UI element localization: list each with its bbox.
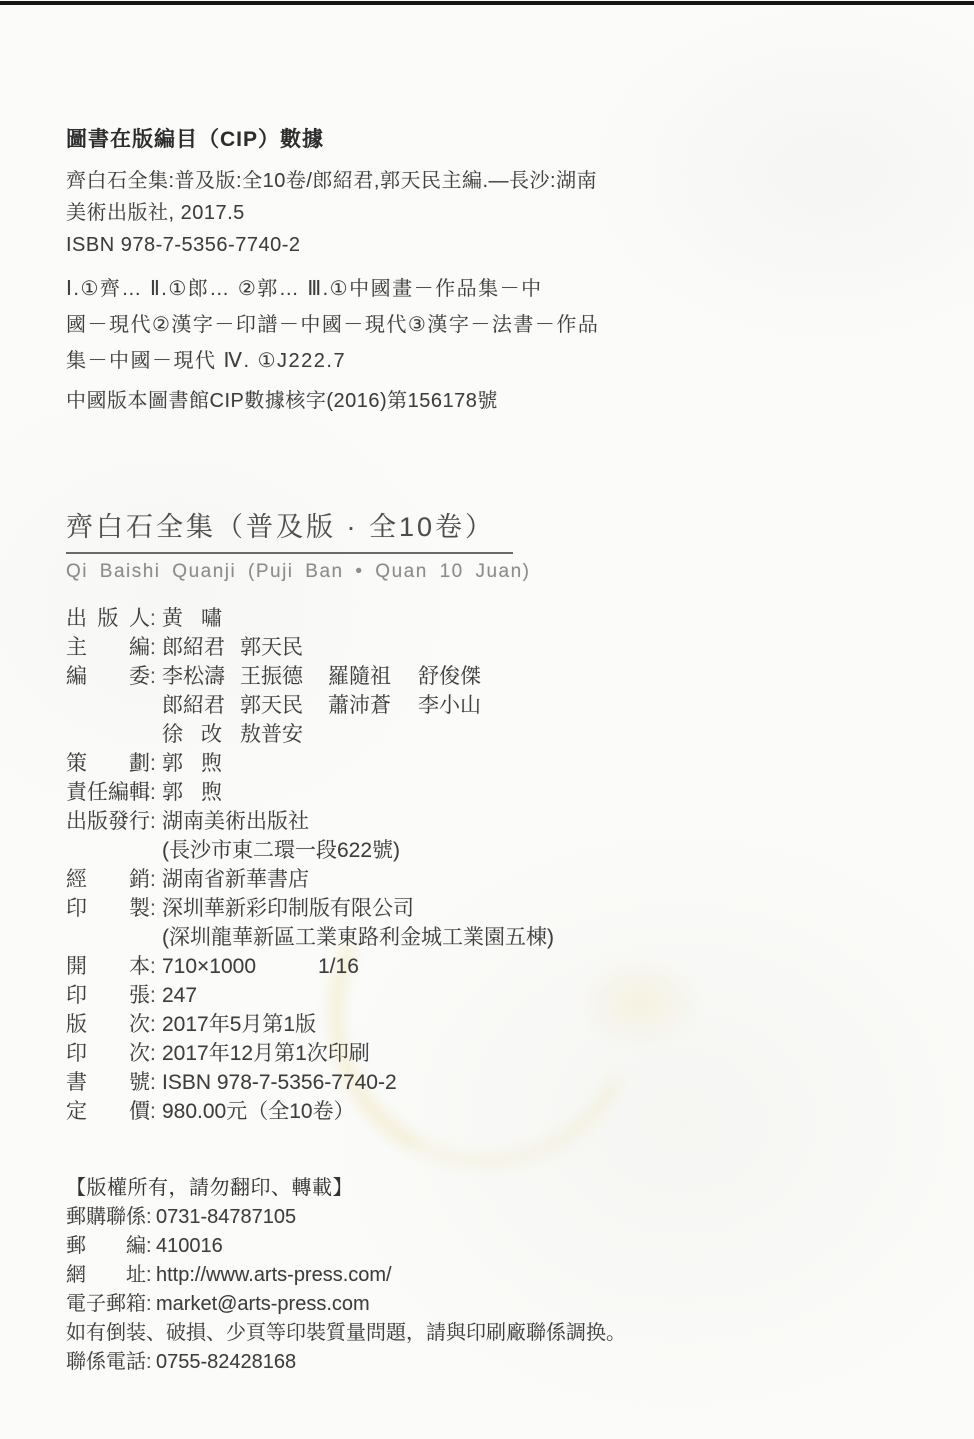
row-book-number: 書號:ISBN 978-7-5356-7740-2	[66, 1068, 766, 1097]
copyright-notice: 【版權所有，請勿翻印、轉載】	[66, 1174, 786, 1203]
detail-label: 開本	[66, 952, 150, 981]
cip-isbn-line: ISBN 978-7-5356-7740-2	[66, 229, 566, 261]
row-website: 網址:http://www.arts-press.com/	[66, 1261, 786, 1290]
colon: :	[150, 865, 162, 894]
board-member: 王振德	[240, 662, 328, 691]
row-editorial-board-2: 郎紹君郭天民蕭沛蒼李小山	[66, 691, 766, 720]
row-distributor: 經銷:湖南省新華書店	[66, 865, 766, 894]
board-member: 舒俊傑	[418, 665, 481, 688]
detail-value: 2017年5月第1版	[162, 1013, 316, 1036]
detail-value: (長沙市東二環一段622號)	[162, 839, 400, 862]
postcode: 410016	[156, 1235, 223, 1257]
detail-value: 247	[162, 984, 197, 1007]
detail-label: 印次	[66, 1039, 150, 1068]
detail-value: 深圳華新彩印制版有限公司	[162, 897, 414, 920]
colon: :	[146, 1290, 156, 1319]
board-member: 郭天民	[240, 691, 328, 720]
detail-label: 責任編輯	[66, 778, 150, 807]
row-publisher-address: (長沙市東二環一段622號)	[66, 836, 766, 865]
board-member: 郎紹君	[162, 691, 240, 720]
mail-order-phone: 0731-84787105	[156, 1206, 296, 1228]
detail-value: ISBN 978-7-5356-7740-2	[162, 1071, 397, 1094]
row-publisher-distributor: 出版發行:湖南美術出版社	[66, 807, 766, 836]
footer-label: 郵購聯係	[66, 1203, 146, 1232]
title-rule	[66, 552, 513, 554]
footer-label: 網址	[66, 1261, 146, 1290]
colon: :	[150, 633, 162, 662]
format-fraction: 1/16	[318, 955, 359, 978]
colon: :	[146, 1261, 156, 1290]
colon: :	[150, 1010, 162, 1039]
row-mail-order: 郵購聯係:0731-84787105	[66, 1203, 786, 1232]
detail-value: 郭煦	[162, 749, 222, 778]
colon: :	[150, 952, 162, 981]
cip-body-line-2: 美術出版社, 2017.5	[66, 197, 566, 229]
colon: :	[146, 1348, 156, 1377]
detail-label: 印張	[66, 981, 150, 1010]
board-member: 敖普安	[240, 723, 303, 746]
colon: :	[146, 1203, 156, 1232]
detail-value: 郭煦	[162, 778, 222, 807]
chief-editor-name: 郭天民	[240, 636, 303, 659]
row-editorial-board: 編委:李松濤王振德羅隨祖舒俊傑	[66, 662, 766, 691]
board-member: 徐改	[162, 720, 240, 749]
cip-class-line-1: Ⅰ.①齊… Ⅱ.①郎… ②郭… Ⅲ.①中國畫－作品集－中	[66, 271, 566, 307]
title-block: 齊白石全集（普及版 · 全10卷） Qi Baishi Quanji (Puji…	[66, 511, 586, 583]
publication-details: 出版人:黄嘯 主編:郎紹君郭天民 編委:李松濤王振德羅隨祖舒俊傑 郎紹君郭天民蕭…	[66, 604, 766, 1126]
detail-label: 定價	[66, 1097, 150, 1126]
quality-note: 如有倒装、破損、少頁等印裝質量問題，請與印刷廠聯係調换。	[66, 1319, 786, 1348]
chief-editor-name: 郎紹君	[162, 633, 240, 662]
row-postcode: 郵編:410016	[66, 1232, 786, 1261]
detail-label: 經銷	[66, 865, 150, 894]
detail-label: 印製	[66, 894, 150, 923]
row-email: 電子郵箱:market@arts-press.com	[66, 1290, 786, 1319]
cip-registry-number: 中國版本圖書館CIP數據核字(2016)第156178號	[66, 388, 566, 414]
book-title: 齊白石全集（普及版 · 全10卷）	[66, 511, 586, 543]
detail-label: 出版人	[66, 604, 150, 633]
detail-label: 主編	[66, 633, 150, 662]
row-chief-editor: 主編:郎紹君郭天民	[66, 633, 766, 662]
row-printer: 印製:深圳華新彩印制版有限公司	[66, 894, 766, 923]
detail-label: 出版發行	[66, 807, 150, 836]
colon: :	[150, 1039, 162, 1068]
board-member: 蕭沛蒼	[328, 691, 418, 720]
colon: :	[150, 807, 162, 836]
colon: :	[150, 1097, 162, 1126]
board-member: 羅隨祖	[328, 662, 418, 691]
contact-block: 【版權所有，請勿翻印、轉載】 郵購聯係:0731-84787105 郵編:410…	[66, 1174, 786, 1377]
row-contact-phone: 聯係電話:0755-82428168	[66, 1348, 786, 1377]
cip-body-line-1: 齊白石全集:普及版:全10卷/郎紹君,郭天民主編.—長沙:湖南	[66, 165, 566, 197]
colon: :	[150, 749, 162, 778]
cip-block: 圖書在版編目（CIP）數據 齊白石全集:普及版:全10卷/郎紹君,郭天民主編.—…	[66, 128, 566, 414]
row-planner: 策劃:郭煦	[66, 749, 766, 778]
book-title-pinyin: Qi Baishi Quanji (Puji Ban • Quan 10 Jua…	[66, 561, 586, 583]
row-sheets: 印張:247	[66, 981, 766, 1010]
footer-label: 郵編	[66, 1232, 146, 1261]
detail-value: 湖南美術出版社	[162, 810, 309, 833]
row-publisher: 出版人:黄嘯	[66, 604, 766, 633]
colon: :	[150, 778, 162, 807]
detail-value: 湖南省新華書店	[162, 868, 309, 891]
cip-header: 圖書在版編目（CIP）數據	[66, 128, 566, 152]
board-member: 李小山	[418, 694, 481, 717]
detail-value: 2017年12月第1次印刷	[162, 1042, 370, 1065]
footer-label: 聯係電話	[66, 1348, 146, 1377]
cip-classification: Ⅰ.①齊… Ⅱ.①郎… ②郭… Ⅲ.①中國畫－作品集－中 國－現代②漢字－印譜－…	[66, 271, 566, 379]
colon: :	[150, 604, 162, 633]
colon: :	[150, 981, 162, 1010]
contact-phone: 0755-82428168	[156, 1351, 296, 1373]
email-address: market@arts-press.com	[156, 1293, 370, 1315]
row-price: 定價:980.00元（全10卷）	[66, 1097, 766, 1126]
row-edition: 版次:2017年5月第1版	[66, 1010, 766, 1039]
footer-label: 電子郵箱	[66, 1290, 146, 1319]
scan-edge-bar	[0, 1, 974, 5]
detail-label: 書號	[66, 1068, 150, 1097]
format-size: 710×1000	[162, 952, 318, 981]
detail-label: 版次	[66, 1010, 150, 1039]
colon: :	[150, 894, 162, 923]
board-member-name: 徐改	[162, 720, 222, 749]
cip-class-line-2: 國－現代②漢字－印譜－中國－現代③漢字－法書－作品	[66, 307, 566, 343]
row-format: 開本:710×10001/16	[66, 952, 766, 981]
website-url: http://www.arts-press.com/	[156, 1264, 392, 1286]
board-member: 李松濤	[162, 662, 240, 691]
detail-label: 策劃	[66, 749, 150, 778]
row-impression: 印次:2017年12月第1次印刷	[66, 1039, 766, 1068]
detail-label: 編委	[66, 662, 150, 691]
detail-value: (深圳龍華新區工業東路利金城工業園五棟)	[162, 926, 554, 949]
row-printer-address: (深圳龍華新區工業東路利金城工業園五棟)	[66, 923, 766, 952]
colon: :	[150, 662, 162, 691]
colophon-page: 圖書在版編目（CIP）數據 齊白石全集:普及版:全10卷/郎紹君,郭天民主編.—…	[0, 0, 974, 1439]
detail-value: 黄嘯	[162, 604, 222, 633]
cip-class-line-3: 集－中國－現代 Ⅳ. ①J222.7	[66, 343, 566, 379]
detail-value: 980.00元（全10卷）	[162, 1100, 355, 1123]
colon: :	[150, 1068, 162, 1097]
row-duty-editor: 責任編輯:郭煦	[66, 778, 766, 807]
row-editorial-board-3: 徐改敖普安	[66, 720, 766, 749]
colon: :	[146, 1232, 156, 1261]
